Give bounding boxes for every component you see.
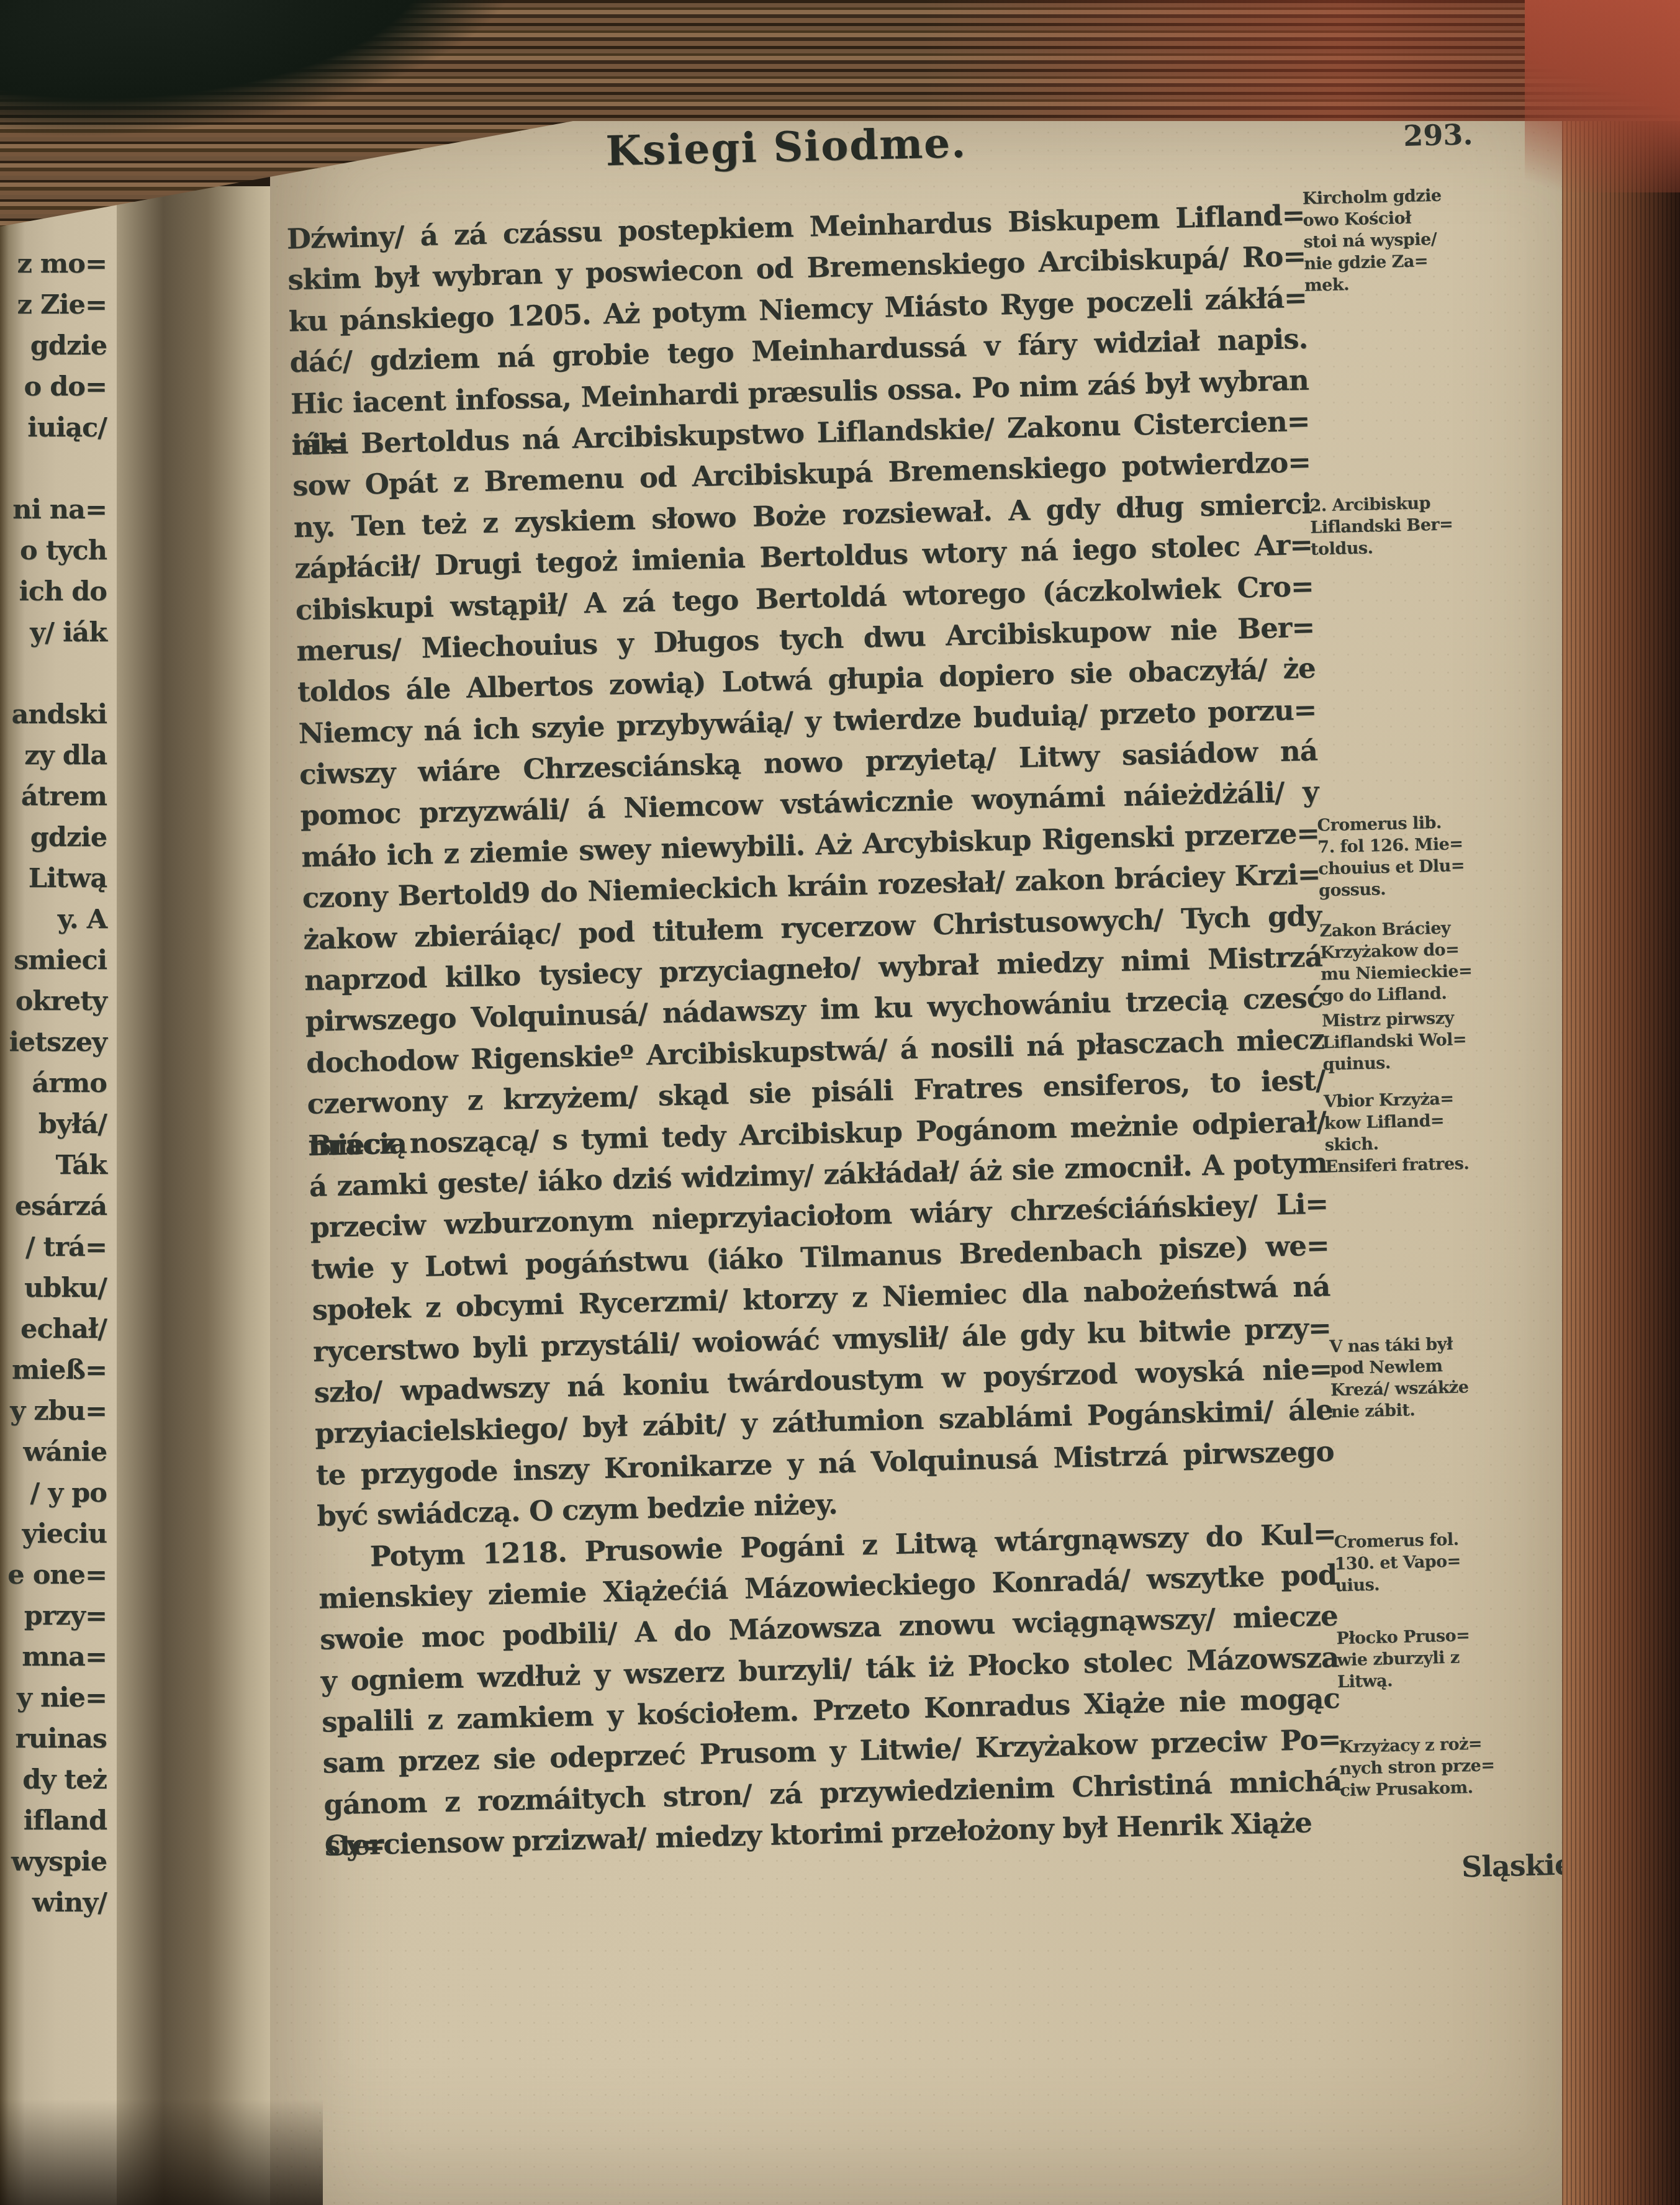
margin-note: V nas táki był pod Newlem Krezá/ wszákże… bbox=[1329, 1330, 1598, 1423]
left-page-fragment: o tych bbox=[0, 530, 109, 571]
margin-note: Vbior Krzyża= kow Lifland= skich. Ensife… bbox=[1324, 1084, 1592, 1178]
left-page-fragment: okrety bbox=[0, 981, 109, 1022]
left-page-fragment: mieß= bbox=[0, 1350, 109, 1391]
left-page-fragment: iuiąc/ bbox=[0, 407, 109, 448]
left-page-fragment: esárzá bbox=[0, 1186, 109, 1227]
left-page-fragment: / y po bbox=[0, 1472, 109, 1513]
left-page-fragment: y. A bbox=[0, 899, 109, 940]
left-page-fragment: byłá/ bbox=[0, 1104, 109, 1145]
left-page-fragment: smieci bbox=[0, 940, 109, 981]
left-page-fragment: e one= bbox=[0, 1554, 109, 1595]
left-page-fragment: ni na= bbox=[0, 489, 109, 530]
left-page-fragment: ifland bbox=[0, 1800, 109, 1841]
left-page-fragment: Litwą bbox=[0, 858, 109, 899]
paragraph-1: Dźwiny/ á zá czássu postepkiem Meinhardu… bbox=[286, 195, 1335, 1538]
left-page-fragment: wyspie bbox=[0, 1841, 109, 1882]
page-content: Ksiegi Siodme. 293. Dźwiny/ á zá czássu … bbox=[266, 79, 1616, 2205]
left-page-fragment: ubku/ bbox=[0, 1268, 109, 1309]
left-page-fragment: ruinas bbox=[0, 1718, 109, 1759]
left-page-fragment: Ták bbox=[0, 1145, 109, 1186]
left-page-fragment: y nie= bbox=[0, 1677, 109, 1718]
paragraph-2: Potym 1218. Prusowie Pogáni z Litwą wtár… bbox=[317, 1513, 1343, 1867]
left-page-fragment: echał/ bbox=[0, 1309, 109, 1350]
left-page-fragment: ich do bbox=[0, 571, 109, 612]
left-page-fragment: zy dla bbox=[0, 735, 109, 776]
left-page-fragment: przy= bbox=[0, 1595, 109, 1636]
left-page-fragment: wánie bbox=[0, 1432, 109, 1472]
left-page-fragment: y/ iák bbox=[0, 612, 109, 653]
book-page: Ksiegi Siodme. 293. Dźwiny/ á zá czássu … bbox=[270, 106, 1571, 2205]
left-page-fragment: ietszey bbox=[0, 1022, 109, 1063]
margin-note: Mistrz pirwszy Liflandski Wol= quinus. bbox=[1322, 1004, 1590, 1075]
left-page-fragment: z mo= bbox=[0, 243, 109, 284]
left-page-fragment: mna= bbox=[0, 1636, 109, 1677]
catchword: Sląskie bbox=[1461, 1847, 1573, 1883]
margin-note: Cromerus lib. 7. fol 126. Mie= chouius e… bbox=[1317, 808, 1586, 901]
left-page-fragment: ármo bbox=[0, 1063, 109, 1104]
page-title: Ksiegi Siodme. bbox=[605, 119, 967, 176]
page-number: 293. bbox=[1403, 117, 1473, 153]
book-fore-edge bbox=[1562, 0, 1680, 2205]
left-page-fragment: o do= bbox=[0, 366, 109, 407]
left-page-fragment: z Zie= bbox=[0, 284, 109, 325]
left-page-fragment: winy/ bbox=[0, 1882, 109, 1923]
margin-note: 2. Arcibiskup Liflandski Ber= toldus. bbox=[1309, 489, 1578, 561]
book-fore-edge-red-stain bbox=[1525, 0, 1680, 192]
left-page-fragment: átrem bbox=[0, 776, 109, 817]
margin-note: Kircholm gdzie owo Kościoł stoi ná wyspi… bbox=[1302, 182, 1571, 297]
left-page-fragment: andski bbox=[0, 694, 109, 735]
left-page-fragment: gdzie bbox=[0, 325, 109, 366]
facing-page-text-fragments: z mo=z Zie=gdzieo do=iuiąc/ni na=o tychi… bbox=[0, 243, 109, 1923]
margin-note: Zakon Bráciey Krzyżakow do= mu Niemiecki… bbox=[1319, 914, 1588, 1007]
book-gutter-shadow bbox=[117, 186, 272, 2205]
left-page-fragment: / trá= bbox=[0, 1227, 109, 1268]
left-page-fragment: gdzie bbox=[0, 817, 109, 858]
left-page-fragment: y zbu= bbox=[0, 1391, 109, 1432]
body-text: Dźwiny/ á zá czássu postepkiem Meinhardu… bbox=[286, 195, 1343, 1867]
bottom-gutter-shadow bbox=[0, 2099, 323, 2205]
left-page-fragment: yieciu bbox=[0, 1513, 109, 1554]
left-page-fragment: dy też bbox=[0, 1759, 109, 1800]
